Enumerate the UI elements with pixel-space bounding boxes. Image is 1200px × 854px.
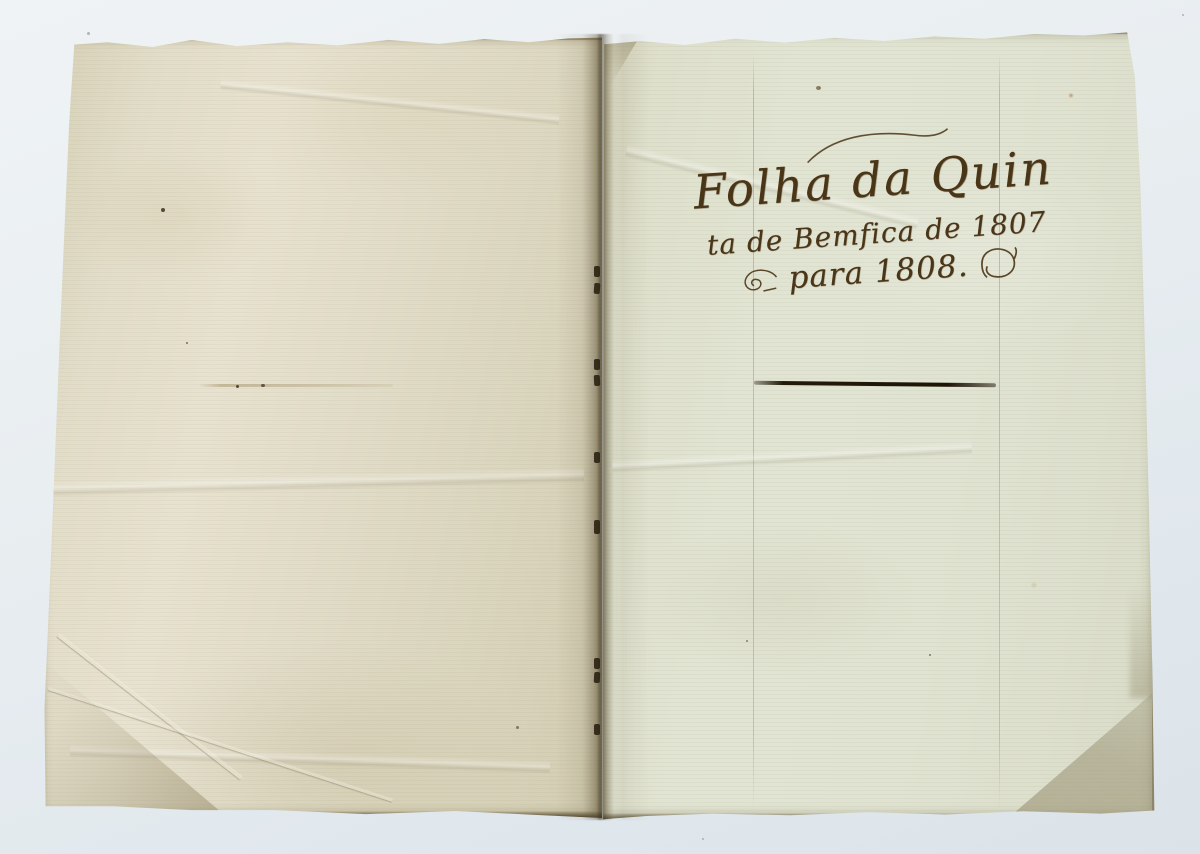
binding-stitch bbox=[594, 672, 601, 683]
page-stack-edge-bottom bbox=[40, 811, 602, 818]
corner-crease bbox=[57, 634, 242, 779]
left-page bbox=[40, 36, 602, 818]
ink-speck bbox=[161, 208, 165, 212]
ink-speck bbox=[261, 384, 265, 387]
ink-speck bbox=[236, 385, 239, 388]
photo-backdrop: Folha da Quin ta de Bemfica de 1807 para… bbox=[0, 0, 1200, 854]
dogear-stain bbox=[1006, 690, 1156, 820]
binding-stitch bbox=[594, 452, 600, 463]
paper-fleck bbox=[816, 86, 821, 90]
foxing-spot bbox=[1068, 93, 1074, 98]
binding-stitch bbox=[594, 266, 600, 277]
paper-wrinkle bbox=[52, 467, 584, 497]
page-stack-edge-bottom bbox=[602, 813, 1156, 820]
ink-speck bbox=[746, 640, 748, 642]
dogear-fold-shadow bbox=[40, 648, 240, 818]
binding-stitch bbox=[594, 520, 600, 534]
foxing-spot bbox=[1030, 582, 1038, 588]
binding-stitch bbox=[594, 724, 600, 735]
binding-stitch bbox=[594, 375, 601, 386]
dust-speck bbox=[702, 838, 704, 840]
title-line-text: para 1808. bbox=[787, 248, 969, 296]
deckle-edge-right bbox=[1152, 30, 1156, 820]
paper-wrinkle bbox=[220, 78, 559, 125]
deckle-edge-top bbox=[602, 30, 1156, 34]
corner-chip-shadow bbox=[602, 36, 640, 100]
binding-stitch bbox=[594, 283, 601, 294]
paper-wrinkle bbox=[70, 744, 550, 775]
deckle-edge-left bbox=[40, 36, 44, 818]
binding-stitch bbox=[594, 359, 600, 370]
dust-speck bbox=[87, 32, 90, 35]
flourish-spiral-icon bbox=[738, 265, 780, 296]
binding-stitch bbox=[594, 658, 600, 669]
ink-speck bbox=[516, 726, 519, 729]
ink-speck bbox=[929, 654, 931, 656]
title-block: Folha da Quin ta de Bemfica de 1807 para… bbox=[686, 143, 1066, 303]
corner-crease bbox=[48, 688, 393, 802]
ink-speck bbox=[186, 342, 188, 344]
paper-wrinkle bbox=[612, 441, 972, 474]
flourish-swash-d-icon bbox=[977, 245, 1021, 282]
faint-smudge-line bbox=[198, 384, 393, 387]
edge-stain bbox=[1130, 568, 1156, 698]
deckle-edge-top bbox=[40, 36, 602, 40]
right-page: Folha da Quin ta de Bemfica de 1807 para… bbox=[602, 30, 1156, 820]
title-underline bbox=[754, 381, 996, 388]
dust-speck bbox=[1182, 14, 1184, 16]
